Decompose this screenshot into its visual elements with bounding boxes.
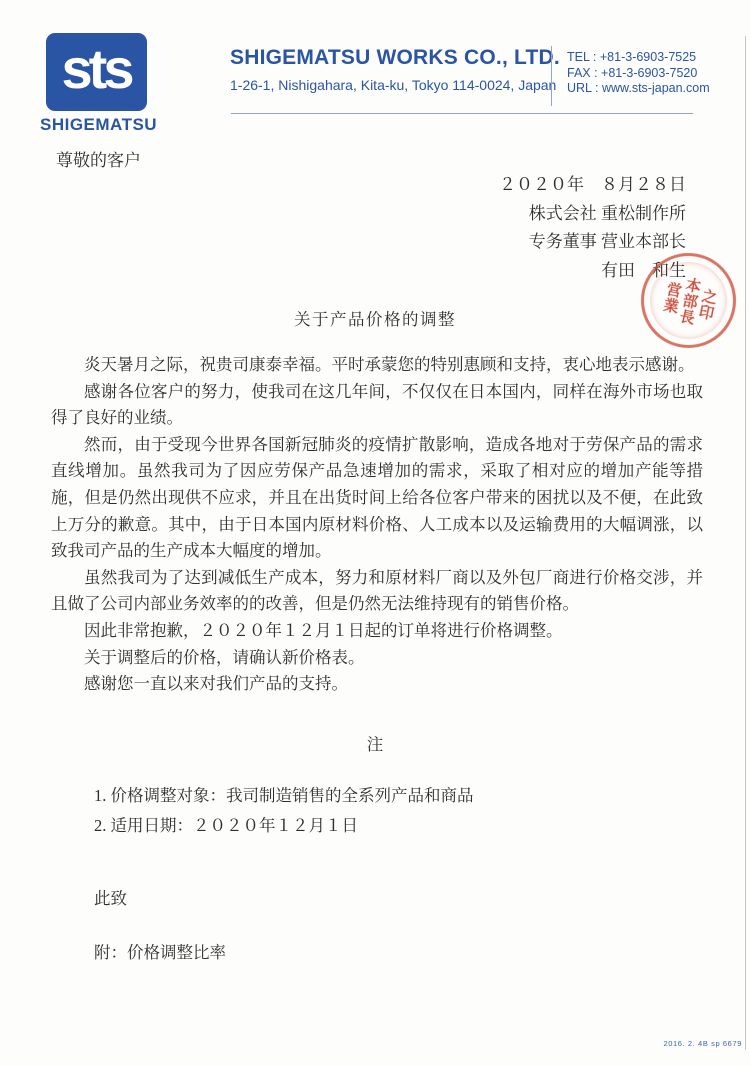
sender-company: 株式会社 重松制作所 [499,200,686,229]
salutation: 尊敬的客户 [56,146,141,171]
company-block: SHIGEMATSU WORKS CO., LTD. 1-26-1, Nishi… [230,46,560,93]
company-address: 1-26-1, Nishigahara, Kita-ku, Tokyo 114-… [230,77,560,93]
attachment-note: 附：价格调整比率 [94,939,226,963]
paragraph: 感谢各位客户的努力，使我司在这几年间，不仅仅在日本国内，同样在海外市场也取得了良… [51,379,703,432]
scan-edge-artifact [745,36,746,1050]
paragraph: 感谢您一直以来对我们产品的支持。 [51,671,703,698]
letter-page: sts SHIGEMATSU SHIGEMATSU WORKS CO., LTD… [0,0,750,1066]
paragraph: 然而，由于受现今世界各国新冠肺炎的疫情扩散影响，造成各地对于劳保产品的需求直线增… [51,432,703,565]
contact-fax: FAX : +81-3-6903-7520 [567,66,710,82]
notes-list: 1. 价格调整对象：我司制造销售的全系列产品和商品 2. 适用日期：２０２０年１… [94,781,474,840]
company-name: SHIGEMATSU WORKS CO., LTD. [230,46,560,70]
header-vertical-divider [551,46,552,106]
print-code: 2016. 2. 4B sp 6679 [663,1039,742,1048]
note-heading: 注 [0,731,750,755]
letter-body: 炎天暑月之际，祝贵司康泰幸福。平时承蒙您的特别惠顾和支持，衷心地表示感谢。 感谢… [51,352,703,698]
contact-block: TEL : +81-3-6903-7525 FAX : +81-3-6903-7… [567,50,710,97]
contact-url: URL : www.sts-japan.com [567,81,710,97]
paragraph: 因此非常抱歉，２０２０年１２月１日起的订单将进行价格调整。 [51,618,703,645]
letter-title: 关于产品价格的调整 [0,306,750,330]
closing: 此致 [94,885,127,909]
logo-monogram: sts [62,41,131,103]
contact-tel: TEL : +81-3-6903-7525 [567,50,710,66]
sender-title: 专务董事 营业本部长 [499,228,686,257]
paragraph: 关于调整后的价格，请确认新价格表。 [51,645,703,672]
logo-brand-text: SHIGEMATSU [40,115,152,135]
paragraph: 炎天暑月之际，祝贵司康泰幸福。平时承蒙您的特别惠顾和支持，衷心地表示感谢。 [51,352,703,379]
letter-date: ２０２０年 ８月２８日 [499,171,686,200]
paragraph: 虽然我司为了达到减低生产成本，努力和原材料厂商以及外包厂商进行价格交涉，并且做了… [51,565,703,618]
note-item: 1. 价格调整对象：我司制造销售的全系列产品和商品 [94,781,474,811]
header-rule [231,113,693,114]
logo-block: sts SHIGEMATSU [40,33,152,135]
note-item: 2. 适用日期：２０２０年１２月１日 [94,811,474,841]
sts-logo: sts [46,33,147,111]
